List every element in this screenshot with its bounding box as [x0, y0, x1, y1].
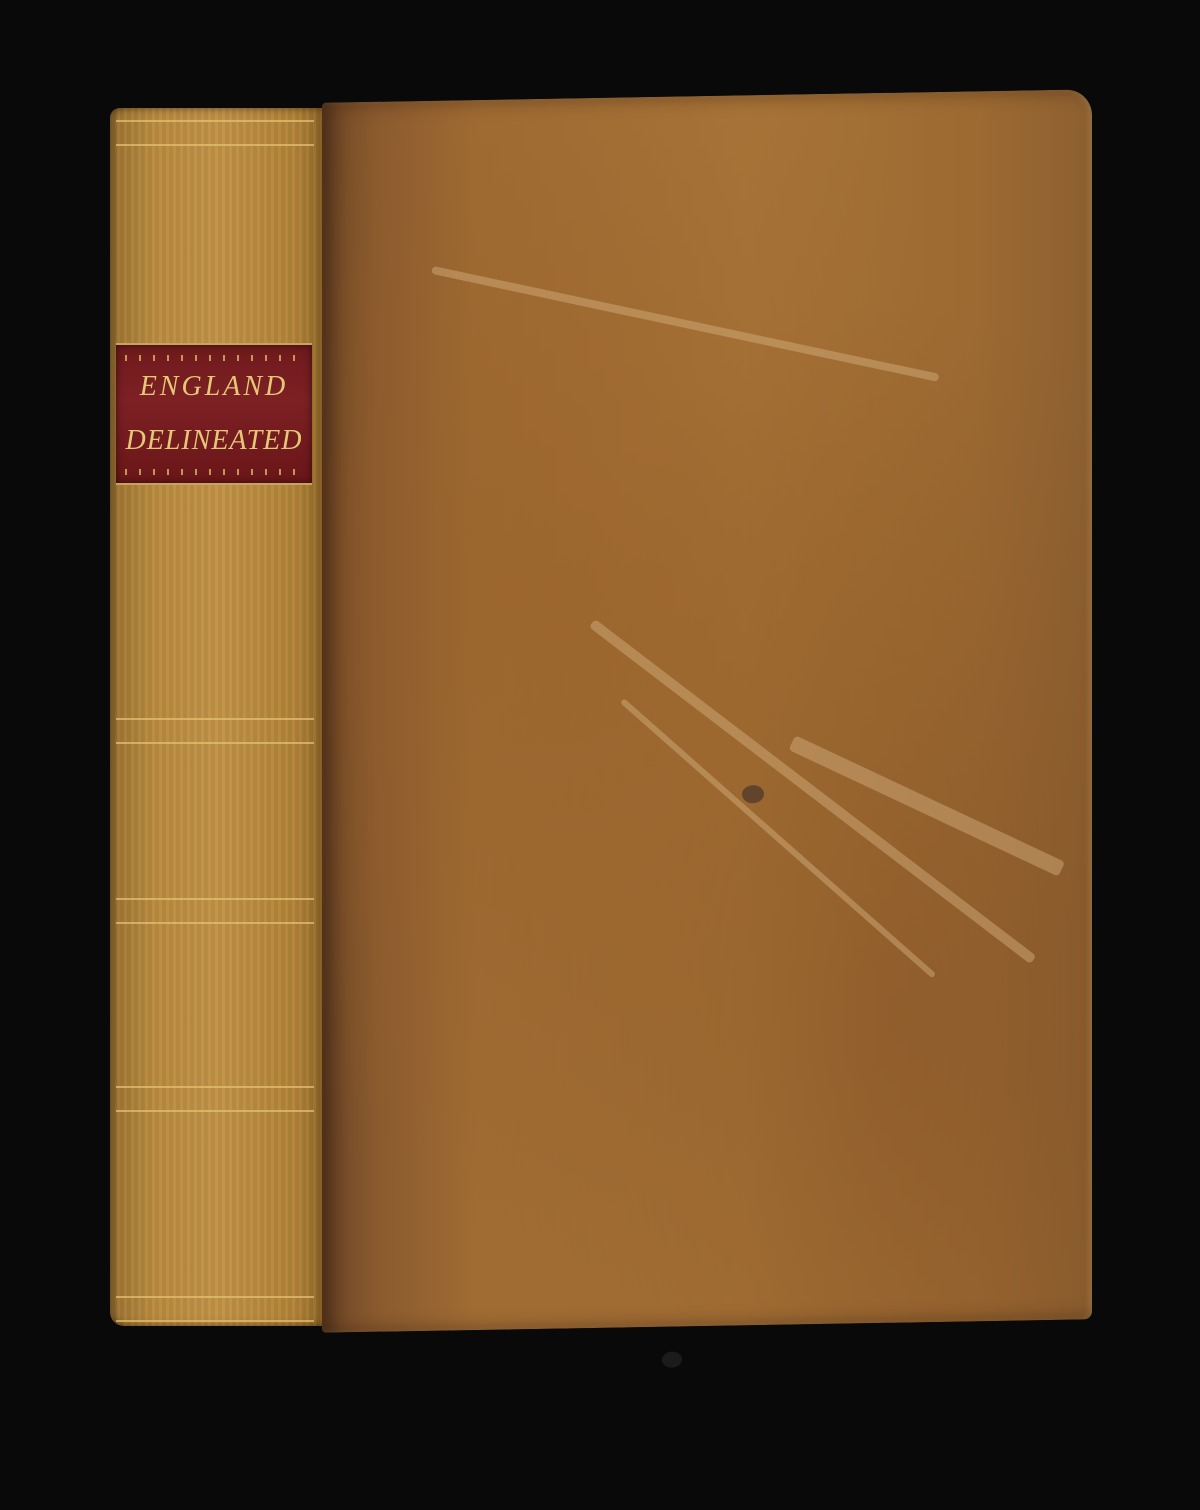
book-front-cover	[322, 89, 1092, 1332]
gilt-band	[116, 1086, 314, 1112]
gilt-band	[116, 1296, 314, 1322]
title-line-1: ENGLAND	[116, 371, 312, 403]
gilt-band	[116, 120, 314, 146]
gilt-band	[116, 718, 314, 744]
stain	[662, 1351, 682, 1367]
ornament-border	[122, 355, 306, 361]
stain	[742, 785, 764, 803]
gilt-band	[116, 898, 314, 924]
title-line-2: DELINEATED	[116, 425, 312, 457]
scuff-mark	[620, 698, 936, 978]
scuff-mark	[431, 266, 939, 382]
spine-title-label: ENGLAND DELINEATED	[116, 343, 312, 485]
book-spine: ENGLAND DELINEATED	[110, 108, 328, 1326]
book-photo: ENGLAND DELINEATED	[0, 0, 1200, 1510]
ornament-border	[122, 469, 306, 475]
scuff-mark	[589, 619, 1036, 964]
